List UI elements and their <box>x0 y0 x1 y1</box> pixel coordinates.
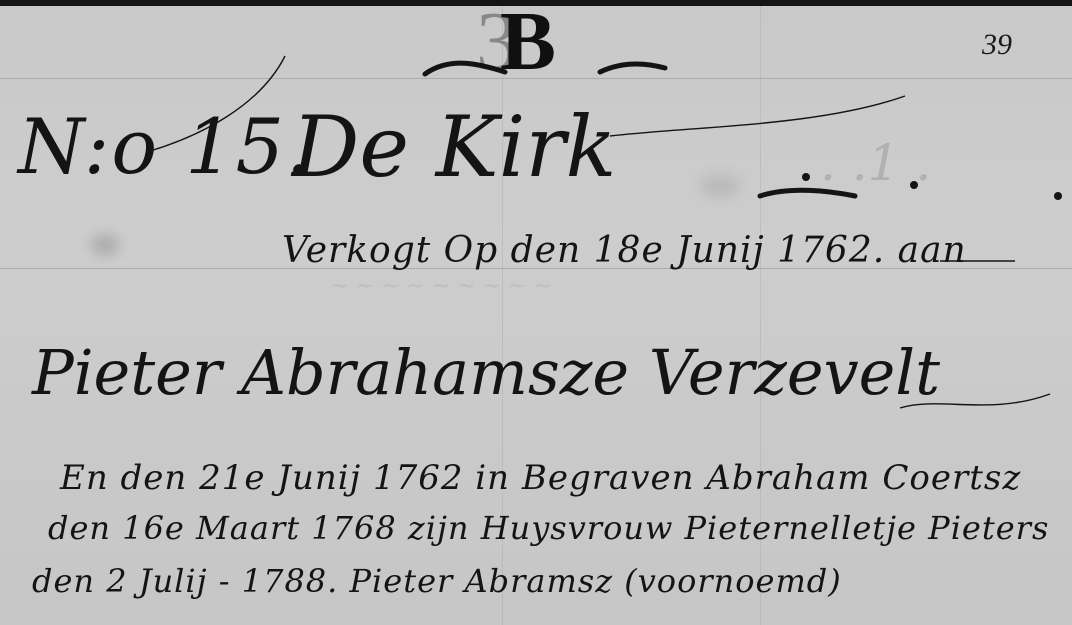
line-end-stroke <box>940 256 1020 266</box>
entry-number: N:o 15. <box>18 102 312 191</box>
text-line-1: Verkogt Op den 18e Junij 1762. aan <box>282 230 967 271</box>
ink-blot <box>90 234 120 256</box>
text-line-3: En den 21e Junij 1762 in Begraven Abraha… <box>60 458 1021 498</box>
entry-title: De Kirk <box>292 98 616 196</box>
text-line-5: den 2 Julij - 1788. Pieter Abramsz (voor… <box>32 562 842 600</box>
manuscript-page: . .1 . ~ ~ ~ ~ ~ ~ ~ ~ ~ B 3 39 N:o 15. … <box>0 6 1072 625</box>
bleed-through-text: ~ ~ ~ ~ ~ ~ ~ ~ ~ <box>330 274 552 299</box>
name-flourish <box>900 386 1060 426</box>
owner-name: Pieter Abrahamsze Verzevelt <box>32 336 940 409</box>
text-line-4: den 16e Maart 1768 zijn Huysvrouw Pieter… <box>48 509 1049 547</box>
